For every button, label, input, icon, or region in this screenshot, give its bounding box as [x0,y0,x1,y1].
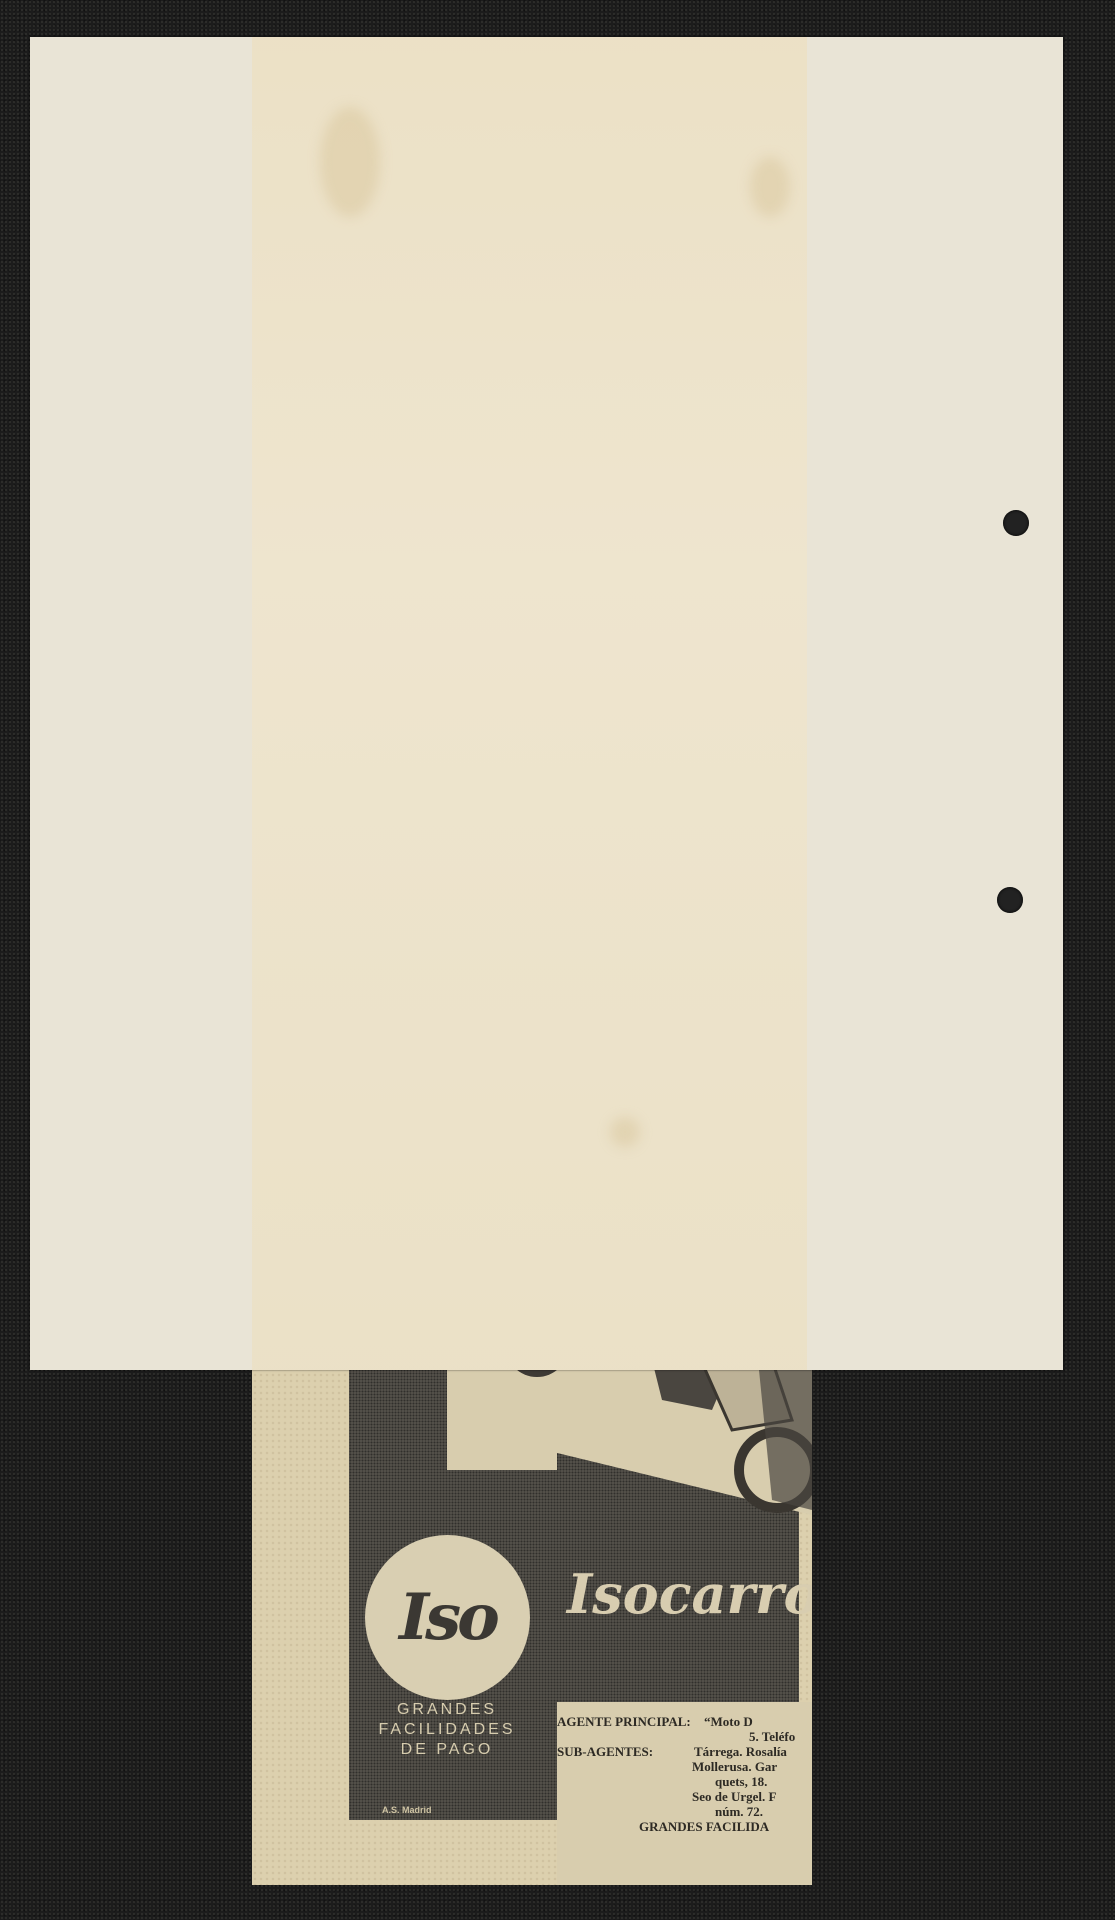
agent-text: núm. 72. [715,1804,763,1819]
agent-text: Seo de Urgel. F [692,1789,776,1804]
product-name: Isocarro [567,1562,812,1626]
slogan-line: GRANDES [362,1700,532,1720]
payment-slogan: GRANDES FACILIDADES DE PAGO [362,1700,532,1760]
stain [750,157,790,217]
iso-logo: Iso [399,1580,496,1655]
slogan-line: FACILIDADES [362,1720,532,1740]
stain [610,1117,640,1147]
agents-list: AGENTE PRINCIPAL:“Moto D 5. Teléfo SUB-A… [557,1702,812,1885]
attached-strip [252,37,807,1370]
ad-credit: A.S. Madrid [382,1805,432,1815]
punch-hole [997,887,1023,913]
agent-text: Tárrega. Rosalía [694,1744,787,1759]
iso-logo-badge: Iso [365,1535,530,1700]
agent-text: GRANDES FACILIDA [639,1819,769,1834]
agent-label: SUB-AGENTES: [557,1744,653,1759]
agent-text: “Moto D [704,1714,753,1729]
agent-label: AGENTE PRINCIPAL: [557,1714,691,1729]
punch-hole [1003,510,1029,536]
stain [320,107,380,217]
agent-text: quets, 18. [715,1774,767,1789]
agent-text: 5. Teléfo [749,1729,795,1744]
slogan-line: DE PAGO [362,1740,532,1760]
agent-text: Mollerusa. Gar [692,1759,777,1774]
newspaper-clipping: Iso GRANDES FACILIDADES DE PAGO A.S. Mad… [252,1300,812,1885]
paper-sheet [30,37,1063,1370]
